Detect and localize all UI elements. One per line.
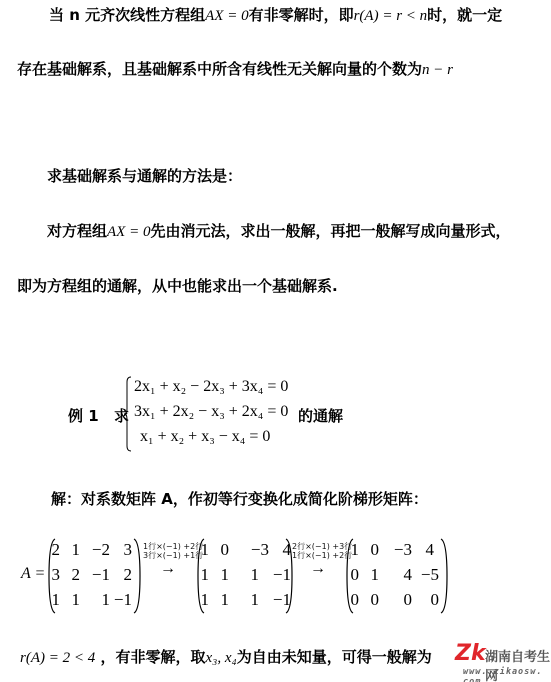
math-free-vars: x₃, x₄ xyxy=(205,650,236,666)
text: ，有非零解，取 xyxy=(100,648,205,666)
text: 对方程组 xyxy=(47,222,107,240)
m3-cell: 4 xyxy=(386,565,412,585)
m3-cell: 4 xyxy=(408,540,434,560)
math-rank: r(A) = r < n xyxy=(354,8,428,24)
para2-line2: 即为方程组的通解，从中也能求出一个基础解系. xyxy=(17,275,338,296)
math-rank-value: r(A) = 2 < 4 xyxy=(20,650,95,666)
right-paren-icon xyxy=(440,538,448,614)
m2-cell: 0 xyxy=(203,540,229,560)
para1-line2: 存在基础解系，且基础解系中所含有线性无关解向量的个数为n − r xyxy=(17,58,453,79)
text: 当 n 元齐次线性方程组 xyxy=(49,6,205,24)
left-brace-icon xyxy=(124,376,132,452)
m2-cell: 1 xyxy=(203,590,229,610)
matrix-equation: A = 2 1 −2 3 3 2 −1 2 1 1 1 −1 1行×(−1) +… xyxy=(0,538,551,618)
math-n-minus-r: n − r xyxy=(422,62,453,78)
text: 存在基础解系，且基础解系中所含有线性无关解向量的个数为 xyxy=(17,60,422,78)
text: 先由消元法，求出一般解，再把一般解写成向量形式， xyxy=(150,222,510,240)
para2-line1: 对方程组AX = 0先由消元法，求出一般解，再把一般解写成向量形式， xyxy=(47,220,510,241)
example-label: 例 1 xyxy=(68,405,99,426)
rank-line: r(A) = 2 < 4 ，有非零解，取x₃, x₄为自由未知量，可得一般解为 xyxy=(20,646,432,667)
m2-cell: 1 xyxy=(233,590,259,610)
m3-cell: 0 xyxy=(353,590,379,610)
equation-3: x₁ + x₂ + x₃ − x₄ = 0 xyxy=(140,428,270,446)
math-ax0: AX = 0 xyxy=(205,8,248,24)
m1-cell: 2 xyxy=(54,565,80,585)
text: 时，就一定 xyxy=(427,6,502,24)
watermark-logo: Zk 湖南自考生网 www. zikaosw. com xyxy=(455,641,551,682)
m3-cell: 1 xyxy=(353,565,379,585)
m3-cell: −5 xyxy=(413,565,439,585)
m1-cell: −1 xyxy=(106,590,132,610)
equation-system: 2x₁ + x₂ − 2x₃ + 3x₄ = 0 3x₁ + 2x₂ − x₃ … xyxy=(124,376,294,454)
m3-cell: 0 xyxy=(413,590,439,610)
example-suffix: 的通解 xyxy=(298,405,343,426)
m3-cell: 0 xyxy=(386,590,412,610)
m1-cell: 3 xyxy=(106,540,132,560)
m2-cell: 1 xyxy=(233,565,259,585)
equation-2: 3x₁ + 2x₂ − x₃ + 2x₄ = 0 xyxy=(134,403,288,421)
m1-cell: 1 xyxy=(54,590,80,610)
method-heading: 求基础解系与通解的方法是： xyxy=(47,165,242,186)
arrow-icon: → xyxy=(310,560,326,578)
m2-cell: 1 xyxy=(203,565,229,585)
text: 为自由未知量，可得一般解为 xyxy=(237,648,432,666)
arrow-icon: → xyxy=(160,560,176,578)
right-paren-icon xyxy=(133,538,141,614)
equation-1: 2x₁ + x₂ − 2x₃ + 3x₄ = 0 xyxy=(134,378,288,396)
m1-cell: 1 xyxy=(54,540,80,560)
watermark-url: www. zikaosw. com xyxy=(463,667,551,682)
m3-cell: 0 xyxy=(353,540,379,560)
zk-logo-icon: Zk xyxy=(455,641,486,666)
math-ax0: AX = 0 xyxy=(107,224,150,240)
m1-cell: 2 xyxy=(106,565,132,585)
solution-intro: 解：对系数矩阵 A，作初等行变换化成简化阶梯形矩阵： xyxy=(51,488,428,509)
text: 有非零解时，即 xyxy=(249,6,354,24)
para1-line1: 当 n 元齐次线性方程组AX = 0有非零解时，即r(A) = r < n时，就… xyxy=(49,4,502,25)
